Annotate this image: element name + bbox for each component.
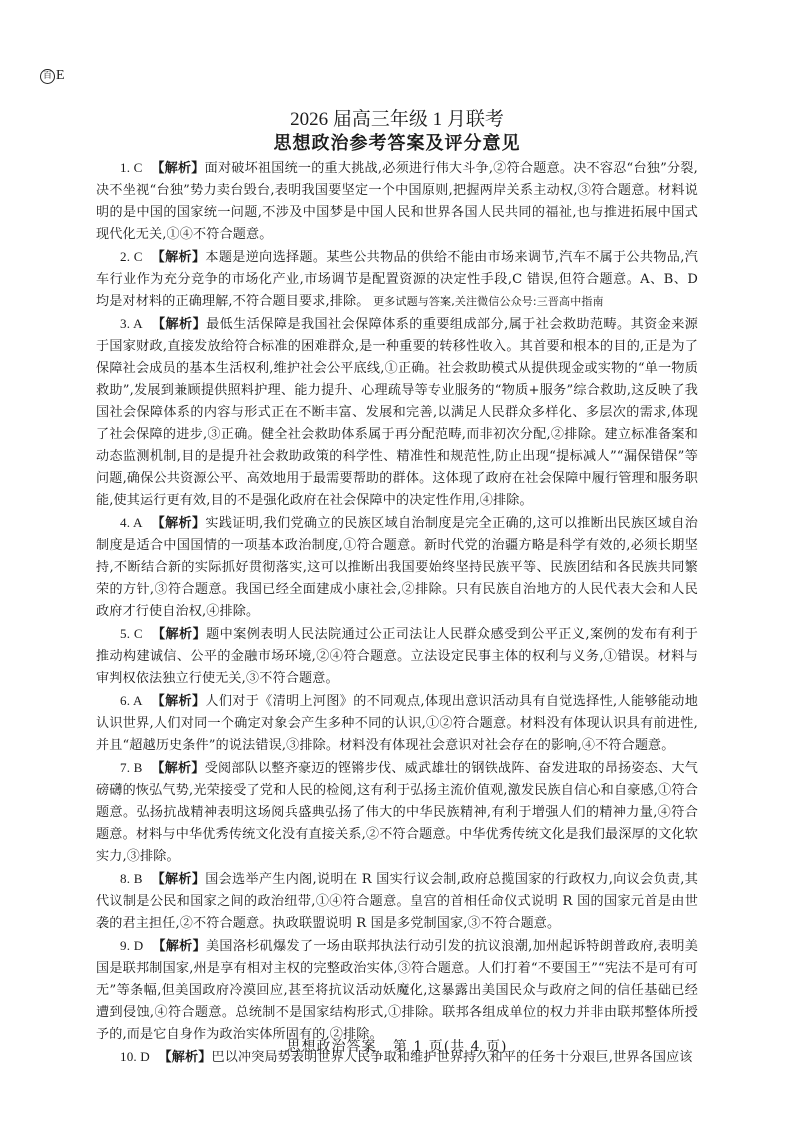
answer-item-1: 1. C 【解析】面对破坏祖国统一的重大挑战,必须进行伟大斗争,②符合题意。决不… — [96, 157, 698, 246]
answer-text: 最低生活保障是我国社会保障体系的重要组成部分,属于社会救助范畴。其资金来源于国家… — [96, 317, 698, 508]
answer-item-6: 6. A 【解析】人们对于《清明上河图》的不同观点,体现出意识活动具有自觉选择性… — [96, 690, 698, 757]
answer-item-7: 7. B 【解析】受阅部队以整齐豪迈的铿锵步伐、威武雄壮的钢铁战阵、奋发进取的昂… — [96, 757, 698, 868]
answer-text: 实践证明,我们党确立的民族区域自治制度是完全正确的,这可以推断出民族区域自治制度… — [96, 516, 698, 619]
answer-item-5: 5. C 【解析】题中案例表明人民法院通过公正司法让人民群众感受到公平正义,案例… — [96, 623, 698, 690]
answer-number: 3. A — [120, 316, 143, 331]
analysis-tag: 【解析】 — [152, 317, 206, 332]
footer-subject: 思想政治答案 — [287, 1039, 377, 1055]
paper-code: 百 E — [40, 68, 65, 84]
answer-item-4: 4. A 【解析】实践证明,我们党确立的民族区域自治制度是完全正确的,这可以推断… — [96, 512, 698, 623]
answer-number: 5. C — [120, 626, 143, 641]
answer-item-9: 9. D 【解析】美国洛杉矶爆发了一场由联邦执法行动引发的抗议浪潮,加州起诉特朗… — [96, 935, 698, 1046]
paper-code-letter: E — [56, 68, 65, 84]
analysis-tag: 【解析】 — [152, 516, 206, 531]
circled-char-icon: 百 — [40, 69, 55, 84]
document-title: 2026 届高三年级 1 月联考 — [0, 104, 794, 131]
answer-number: 6. A — [120, 693, 143, 708]
page-footer: 思想政治答案 第 1 页(共 4 页) — [0, 1036, 794, 1056]
page-number: 第 1 页(共 4 页) — [393, 1039, 508, 1055]
analysis-tag: 【解析】 — [152, 694, 206, 709]
answer-item-8: 8. B 【解析】国会选举产生内阁,说明在 R 国实行议会制,政府总揽国家的行政… — [96, 868, 698, 935]
answer-list: 1. C 【解析】面对破坏祖国统一的重大挑战,必须进行伟大斗争,②符合题意。决不… — [96, 157, 698, 1069]
analysis-tag: 【解析】 — [152, 939, 206, 954]
promo-note: 更多试题与答案,关注微信公众号:三晋高中指南 — [370, 295, 604, 308]
analysis-tag: 【解析】 — [152, 872, 206, 887]
answer-number: 2. C — [120, 249, 143, 264]
analysis-tag: 【解析】 — [152, 627, 206, 642]
document-subtitle: 思想政治参考答案及评分意见 — [0, 129, 794, 155]
analysis-tag: 【解析】 — [152, 250, 206, 265]
answer-number: 4. A — [120, 515, 143, 530]
answer-number: 1. C — [120, 160, 143, 175]
analysis-tag: 【解析】 — [151, 161, 204, 176]
answer-number: 9. D — [120, 938, 143, 953]
answer-text: 受阅部队以整齐豪迈的铿锵步伐、威武雄壮的钢铁战阵、奋发进取的昂扬姿态、大气磅礴的… — [96, 761, 698, 864]
analysis-tag: 【解析】 — [151, 761, 204, 776]
answer-number: 8. B — [120, 871, 143, 886]
answer-number: 7. B — [120, 760, 143, 775]
answer-item-3: 3. A 【解析】最低生活保障是我国社会保障体系的重要组成部分,属于社会救助范畴… — [96, 313, 698, 512]
answer-text: 美国洛杉矶爆发了一场由联邦执法行动引发的抗议浪潮,加州起诉特朗普政府,表明美国是… — [96, 939, 698, 1042]
answer-item-2: 2. C 【解析】本题是逆向选择题。某些公共物品的供给不能由市场来调节,汽车不属… — [96, 246, 698, 313]
